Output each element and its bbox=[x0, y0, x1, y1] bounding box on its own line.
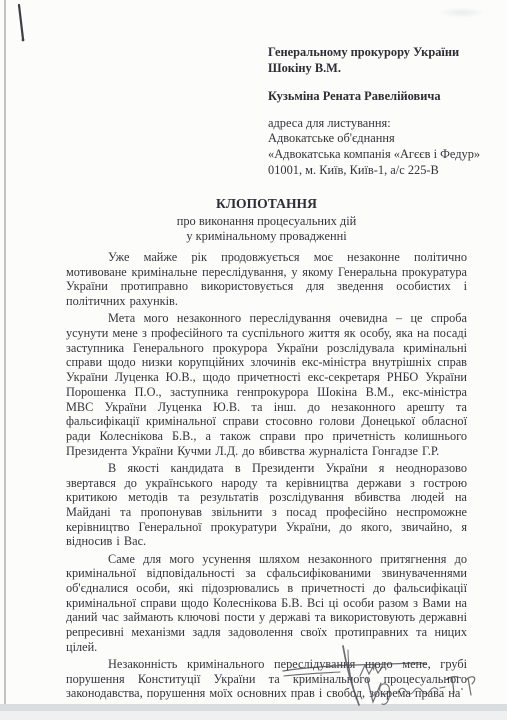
recipient-line2: Шокіну В.М. bbox=[268, 61, 483, 77]
recipient-block: Генеральному прокурору України Шокіну В.… bbox=[268, 45, 483, 178]
paragraph-3: В якості кандидата в Президенти України … bbox=[66, 461, 467, 549]
document-title: КЛОПОТАННЯ bbox=[66, 196, 467, 212]
address-label: адреса для листування: bbox=[268, 116, 483, 132]
spacer bbox=[268, 76, 483, 89]
handwritten-signature bbox=[272, 636, 487, 716]
scan-left-edge-line bbox=[4, 0, 6, 711]
pen-mark-top-left bbox=[15, 2, 29, 46]
scanned-document-page: Генеральному прокурору України Шокіну В.… bbox=[0, 0, 507, 720]
address-line-2: «Адвокатська компанія «Агєєв і Федур» bbox=[268, 147, 483, 163]
paragraph-1: Уже майже рік продовжується моє незаконн… bbox=[66, 250, 467, 309]
document-subtitle-2: у кримінальному провадженні bbox=[66, 229, 467, 245]
document-title-block: КЛОПОТАННЯ про виконання процесуальних д… bbox=[66, 196, 467, 245]
address-line-3: 01001, м. Київ, Київ-1, а/с 225-В bbox=[268, 163, 483, 179]
address-line-1: Адвокатське об'єднання bbox=[268, 131, 483, 147]
paragraph-2: Мета мого незаконного переслідування оче… bbox=[66, 311, 467, 458]
scan-smudge bbox=[438, 7, 486, 18]
sender-name: Кузьміна Рената Равелійовича bbox=[268, 89, 483, 105]
spacer bbox=[268, 105, 483, 116]
document-subtitle-1: про виконання процесуальних дій bbox=[66, 214, 467, 230]
recipient-line1: Генеральному прокурору України bbox=[268, 45, 483, 61]
